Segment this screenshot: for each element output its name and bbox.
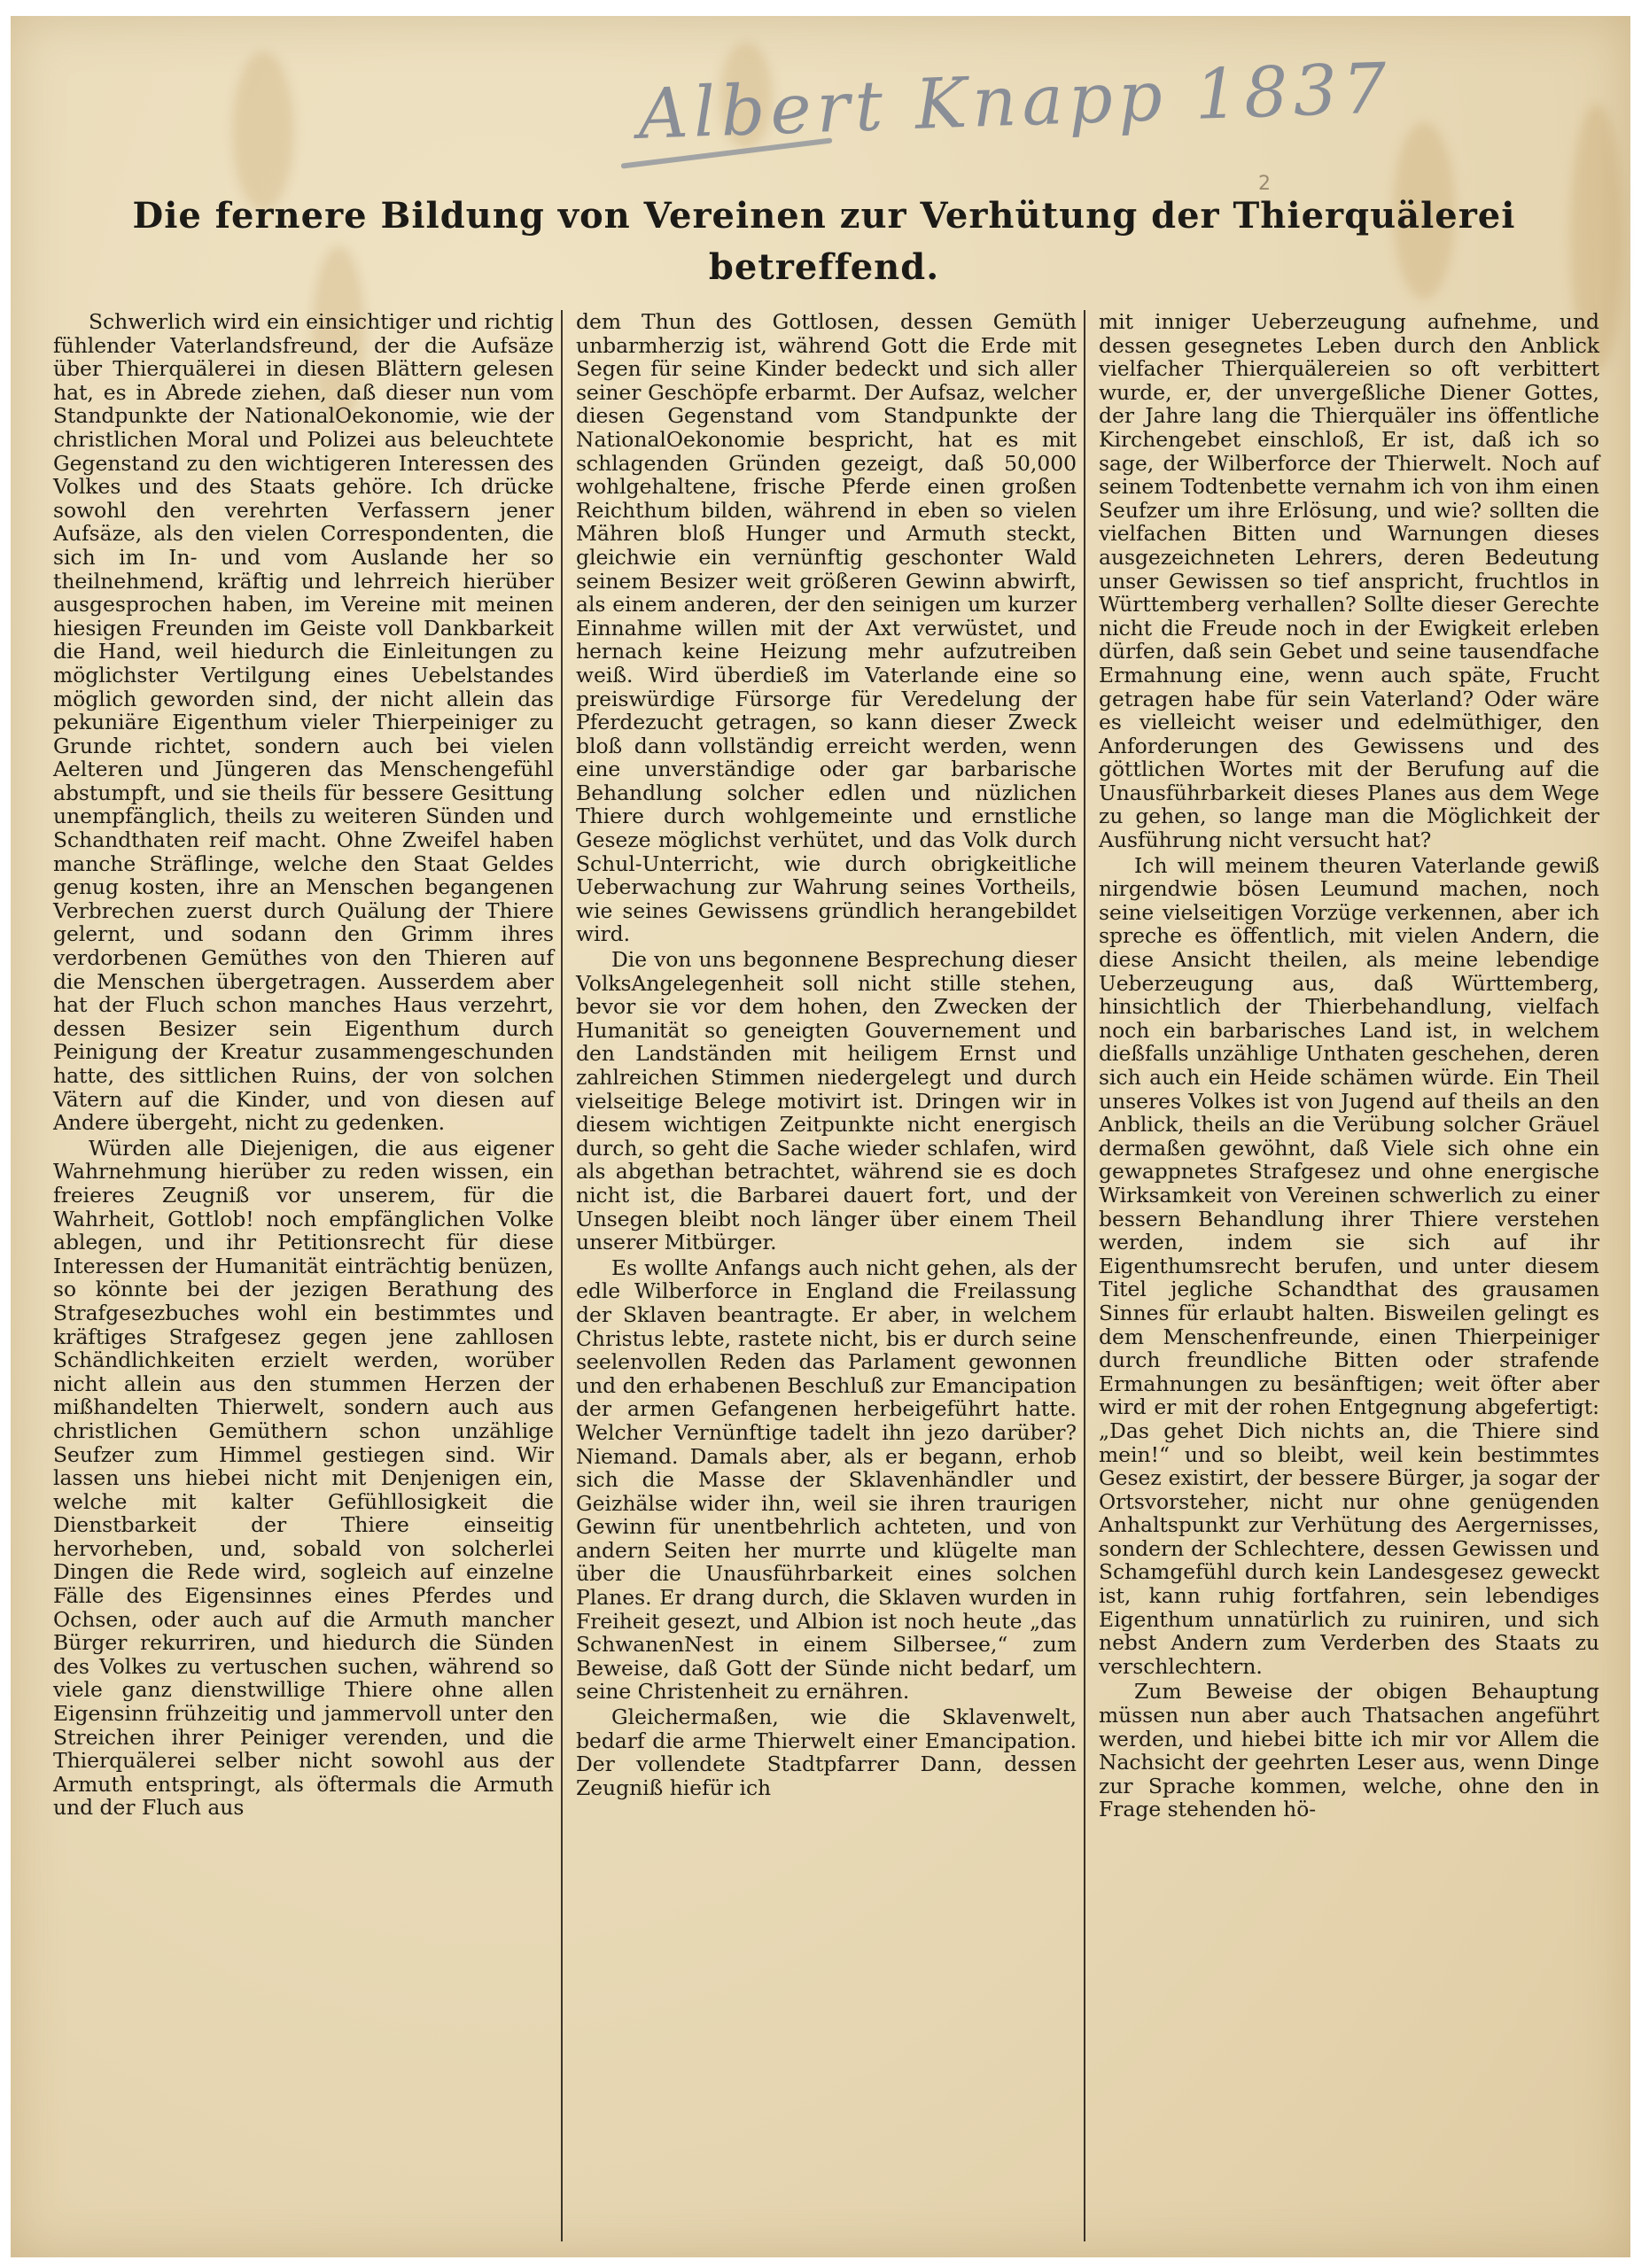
paragraph: Schwerlich wird ein einsichtiger und ric… [53,310,554,1135]
paragraph: Ich will meinem theuren Vaterlande gewiß… [1099,854,1599,1679]
column-3: mit inniger Ueberzeugung aufnehme, und d… [1099,310,1599,2241]
title-line-2: betreffend. [106,242,1542,293]
stain [232,51,294,211]
article-body: Schwerlich wird ein einsichtiger und ric… [53,310,1613,2241]
paragraph: mit inniger Ueberzeugung aufnehme, und d… [1099,310,1599,852]
paragraph: Würden alle Diejenigen, die aus eigener … [53,1137,554,1820]
paragraph: dem Thun des Gottlosen, dessen Gemüth un… [576,310,1077,946]
paragraph: Es wollte Anfangs auch nicht gehen, als … [576,1256,1077,1704]
paragraph: Die von uns begonnene Besprechung dieser… [576,948,1077,1254]
paragraph: Zum Beweise der obigen Behauptung müssen… [1099,1680,1599,1821]
title-line-1: Die fernere Bildung von Vereinen zur Ver… [106,190,1542,242]
paragraph: Gleichermaßen, wie die Sklavenwelt, beda… [576,1705,1077,1799]
article-title: Die fernere Bildung von Vereinen zur Ver… [106,190,1542,293]
column-1: Schwerlich wird ein einsichtiger und ric… [53,310,554,2241]
column-2: dem Thun des Gottlosen, dessen Gemüth un… [576,310,1077,2241]
